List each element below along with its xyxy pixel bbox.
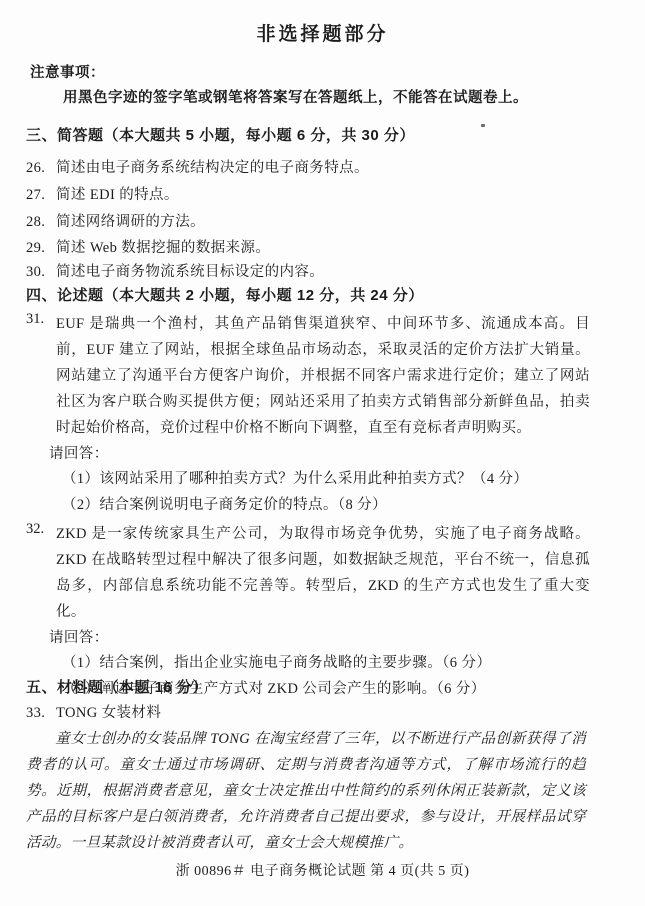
question-27: 27.简述 EDI 的特点。 <box>26 183 626 204</box>
question-33-title: TONG 女装材料 <box>56 705 161 721</box>
exam-page: 非选择题部分 注意事项： 用黑色字迹的签字笔或钢笔将答案写在答题纸上，不能答在试… <box>0 0 645 906</box>
notice-label: 注意事项： <box>30 61 105 82</box>
question-31-prompt: 请回答： <box>49 441 590 467</box>
question-30: 30.简述电子商务物流系统目标设定的内容。 <box>26 260 626 281</box>
question-30-number: 30. <box>26 264 56 281</box>
question-31-sub2: （2）结合案例说明电子商务定价的特点。（8 分） <box>62 493 590 519</box>
question-29: 29.简述 Web 数据挖掘的数据来源。 <box>26 236 626 257</box>
question-31-sub1: （1）该网站采用了哪种拍卖方式？为什么采用此种拍卖方式？（4 分） <box>62 467 590 493</box>
section5-heading: 五、材料题（本题 16 分） <box>26 676 208 697</box>
question-32-body: ZKD 是一家传统家具生产公司，为取得市场竞争优势，实施了电子商务战略。ZKD … <box>56 521 590 625</box>
page-footer: 浙 00896＃ 电子商务概论试题 第 4 页(共 5 页) <box>0 860 645 880</box>
question-32-sub1: （1）结合案例，指出企业实施电子商务战略的主要步骤。（6 分） <box>62 651 590 677</box>
question-27-text: 简述 EDI 的特点。 <box>56 187 179 203</box>
question-26-text: 简述由电子商务系统结构决定的电子商务特点。 <box>56 160 369 176</box>
notice-text: 用黑色字迹的签字笔或钢笔将答案写在答题纸上，不能答在试题卷上。 <box>63 86 528 107</box>
question-31-body: EUF 是瑞典一个渔村，其鱼产品销售渠道狭窄、中间环节多、流通成本高。目前，EU… <box>56 311 590 441</box>
question-31-number: 31. <box>26 311 44 328</box>
section3-heading: 三、简答题（本大题共 5 小题，每小题 6 分，共 30 分） <box>26 124 415 145</box>
section4-heading: 四、论述题（本大题共 2 小题，每小题 12 分，共 24 分） <box>26 284 424 305</box>
question-33-number: 33. <box>26 705 56 722</box>
question-27-number: 27. <box>26 187 56 204</box>
question-29-text: 简述 Web 数据挖掘的数据来源。 <box>56 240 270 256</box>
question-33: 33.TONG 女装材料 <box>26 701 626 722</box>
question-29-number: 29. <box>26 240 56 257</box>
question-28-text: 简述网络调研的方法。 <box>56 214 205 230</box>
scan-speck <box>481 124 485 127</box>
page-title: 非选择题部分 <box>0 19 645 46</box>
question-33-material: 童女士创办的女装品牌 TONG 在淘宝经营了三年，以不断进行产品创新获得了消费者… <box>26 726 586 856</box>
question-31: 31. EUF 是瑞典一个渔村，其鱼产品销售渠道狭窄、中间环节多、流通成本高。目… <box>26 311 590 519</box>
question-32-prompt: 请回答： <box>49 625 590 651</box>
question-26-number: 26. <box>26 160 56 177</box>
question-28: 28.简述网络调研的方法。 <box>26 210 626 231</box>
question-30-text: 简述电子商务物流系统目标设定的内容。 <box>56 264 324 280</box>
question-32-number: 32. <box>26 521 44 538</box>
question-26: 26.简述由电子商务系统结构决定的电子商务特点。 <box>26 156 626 177</box>
question-28-number: 28. <box>26 214 56 231</box>
